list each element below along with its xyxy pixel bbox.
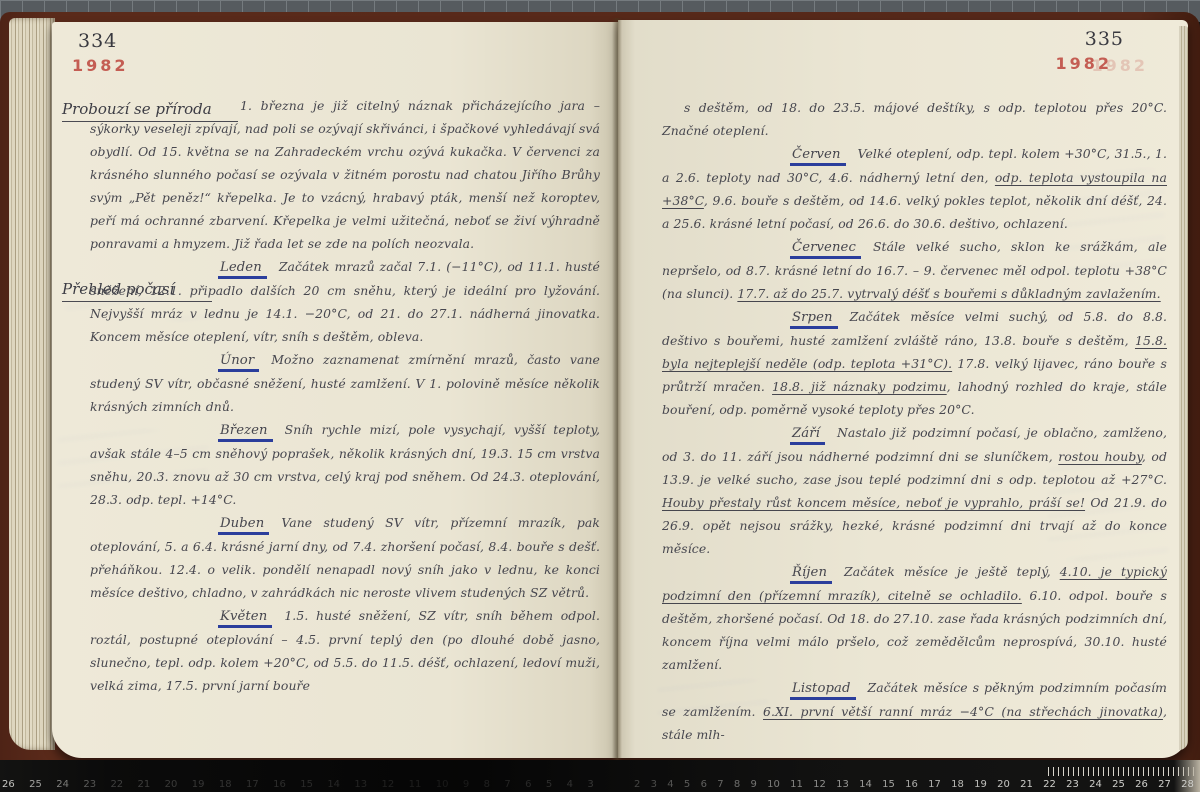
month-heading-brezen: Březen [218, 423, 273, 442]
month-text: Začátek měsíce je ještě teplý, [844, 564, 1060, 579]
underlined-note: rostou houby [1058, 449, 1142, 464]
month-heading-kveten: Květen [218, 609, 272, 628]
month-text: Začátek měsíce velmi suchý, od 5.8. do 8… [662, 309, 1167, 348]
underlined-note: 6.XI. první větší ranní mráz −4°C (na st… [763, 704, 1163, 719]
underlined-note: 18.8. již náznaky podzimu [772, 379, 947, 394]
month-heading-duben: Duben [218, 516, 269, 535]
underlined-note: 17.7. až do 25.7. vytrvalý déšť s bouřem… [737, 286, 1160, 301]
continuation-text: s deštěm, od 18. do 23.5. májové deštíky… [662, 100, 1167, 138]
month-section-zari: ZáříNastalo již podzimní počasí, je obla… [662, 421, 1167, 560]
month-section-srpen: SrpenZačátek měsíce velmi suchý, od 5.8.… [662, 305, 1167, 421]
month-section-unor: ÚnorMožno zaznamenat zmírnění mrazů, čas… [90, 348, 600, 418]
right-page-stack-edge [1179, 26, 1188, 750]
month-section-leden: LedenZačátek mrazů začal 7.1. (−11°C), o… [90, 255, 600, 348]
photo-of-chronicle: 334 1982 Probouzí se příroda Přehled poč… [0, 0, 1200, 792]
month-section-cervenec: ČervenecStále velké sucho, sklon ke sráž… [662, 235, 1167, 305]
month-text: Sníh rychle mizí, pole vysychají, vyšší … [90, 422, 600, 507]
month-heading-unor: Únor [218, 353, 259, 372]
intro-text: 1. března je již citelný náznak přicháze… [90, 98, 600, 251]
underlined-note: Houby přestaly růst koncem měsíce, neboť… [662, 495, 1085, 510]
page-stack-edge [9, 18, 55, 750]
left-year-stamp: 1982 [72, 56, 129, 75]
may-continuation-line: s deštěm, od 18. do 23.5. májové deštíky… [662, 96, 1167, 142]
month-text: Vane studený SV vítr, přízemní mrazík, p… [90, 515, 600, 600]
month-section-duben: DubenVane studený SV vítr, přízemní mraz… [90, 511, 600, 604]
month-section-kveten: Květen1.5. husté sněžení, SZ vítr, sníh … [90, 604, 600, 697]
right-year-stamp-ghost: 1982 [1091, 56, 1148, 75]
month-heading-rijen: Říjen [790, 565, 832, 584]
month-section-brezen: BřezenSníh rychle mizí, pole vysychají, … [90, 418, 600, 511]
month-heading-cerven: Červen [790, 147, 846, 166]
month-heading-zari: Září [790, 426, 825, 445]
left-page: 334 1982 Probouzí se příroda Přehled poč… [52, 22, 618, 758]
month-text: Začátek mrazů začal 7.1. (−11°C), od 11.… [90, 259, 600, 344]
ruler-shadow-overlay [0, 760, 1200, 792]
month-heading-leden: Leden [218, 260, 267, 279]
month-heading-srpen: Srpen [790, 310, 838, 329]
intro-paragraph: 1. března je již citelný náznak přicháze… [90, 94, 600, 255]
right-page-number: 335 [1085, 28, 1124, 50]
right-page: 335 1982 1982 s deštěm, od 18. do 23.5. … [618, 20, 1188, 758]
month-text: , 9.6. bouře s deštěm, od 14.6. velký po… [662, 193, 1167, 231]
ruler: 2625242322212019181716151413121110987654… [0, 760, 1200, 792]
month-section-cerven: ČervenVelké oteplení, odp. tepl. kolem +… [662, 142, 1167, 235]
month-heading-listopad: Listopad [790, 681, 856, 700]
left-page-number: 334 [78, 30, 117, 52]
month-heading-cervenec: Červenec [790, 240, 861, 259]
right-page-text: s deštěm, od 18. do 23.5. májové deštíky… [662, 96, 1167, 746]
book-gutter-shadow [612, 18, 622, 760]
month-section-listopad: ListopadZačátek měsíce s pěkným podzimní… [662, 676, 1167, 746]
month-text: 1.5. husté sněžení, SZ vítr, sníh během … [90, 608, 600, 693]
month-section-rijen: ŘíjenZačátek měsíce je ještě teplý, 4.10… [662, 560, 1167, 676]
month-text: Možno zaznamenat zmírnění mrazů, často v… [90, 352, 600, 414]
left-page-text: 1. března je již citelný náznak přicháze… [90, 94, 600, 697]
